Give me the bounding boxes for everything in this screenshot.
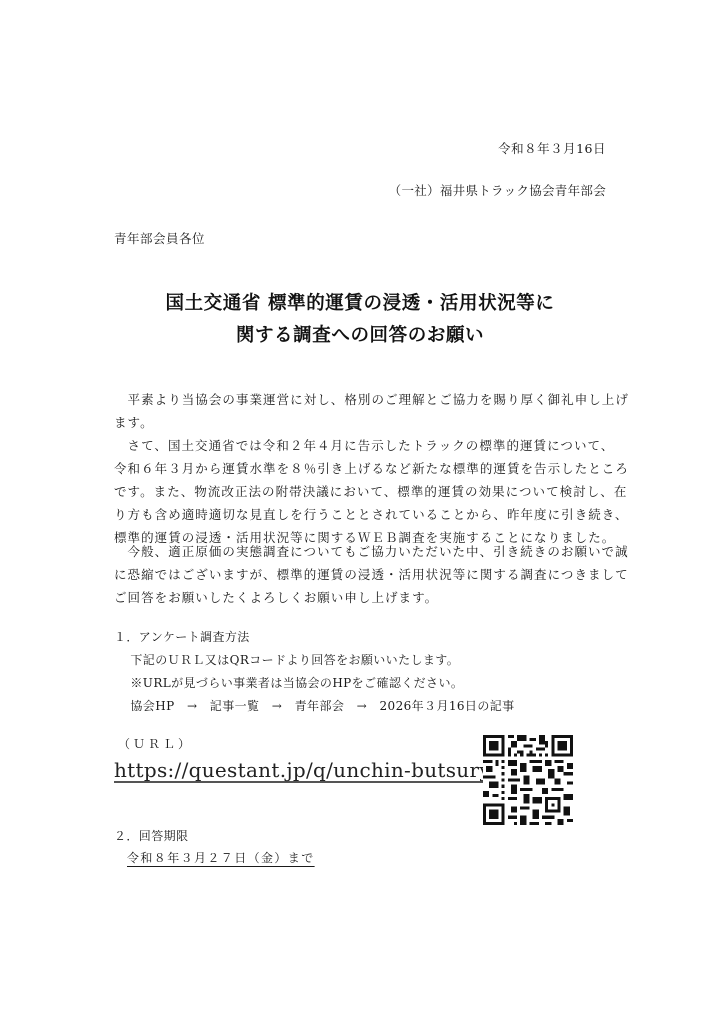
body-line: り方も含め適時適切な見直しを行うこととされていることから、昨年度に引き続き、: [114, 505, 628, 523]
section-1-line: 下記のＵＲＬ又はQRコードより回答をお願いいたします。: [118, 651, 459, 668]
document-date: 令和８年３月16日: [498, 139, 606, 157]
body-line: ます。: [114, 413, 154, 431]
body-line: 平素より当協会の事業運営に対し、格別のご理解とご協力を賜り厚く御礼申し上げ: [114, 390, 629, 408]
section-1-line: ※URLが見づらい事業者は当協会のHPをご確認ください。: [118, 674, 463, 691]
qr-code-icon: [483, 735, 573, 825]
body-line: さて、国土交通省では令和２年４月に告示したトラックの標準的運賃について、: [114, 436, 614, 454]
survey-url-link[interactable]: https://questant.jp/q/unchin-butsuryu: [114, 758, 504, 782]
body-line: ご回答をお願いしたくよろしくお願い申し上げます。: [114, 588, 438, 606]
body-line: に恐縮ではございますが、標準的運賃の浸透・活用状況等に関する調査につきまして: [114, 565, 629, 583]
document-title-line-2: 関する調査への回答のお願い: [0, 321, 720, 347]
body-line: 令和６年３月から運賃水準を８％引き上げるなど新たな標準的運賃を告示したところ: [114, 459, 629, 477]
document-title-line-1: 国土交通省 標準的運賃の浸透・活用状況等に: [0, 289, 720, 315]
deadline-text: 令和８年３月２７日（金）まで: [127, 849, 315, 866]
section-2-heading: ２．回答期限: [114, 827, 188, 844]
section-1-heading: １．アンケート調査方法: [114, 628, 250, 645]
section-1-line: 協会HP → 記事一覧 → 青年部会 → 2026年３月16日の記事: [118, 697, 515, 714]
body-line: です。また、物流改正法の附帯決議において、標準的運賃の効果について検討し、在: [114, 482, 627, 500]
sender-organization: （一社）福井県トラック協会青年部会: [389, 181, 606, 199]
url-label: （ＵＲＬ）: [118, 735, 193, 752]
recipient-line: 青年部会員各位: [114, 229, 205, 247]
body-line: 今般、適正原価の実態調査についてもご協力いただいた中、引き続きのお願いで誠: [114, 542, 629, 560]
